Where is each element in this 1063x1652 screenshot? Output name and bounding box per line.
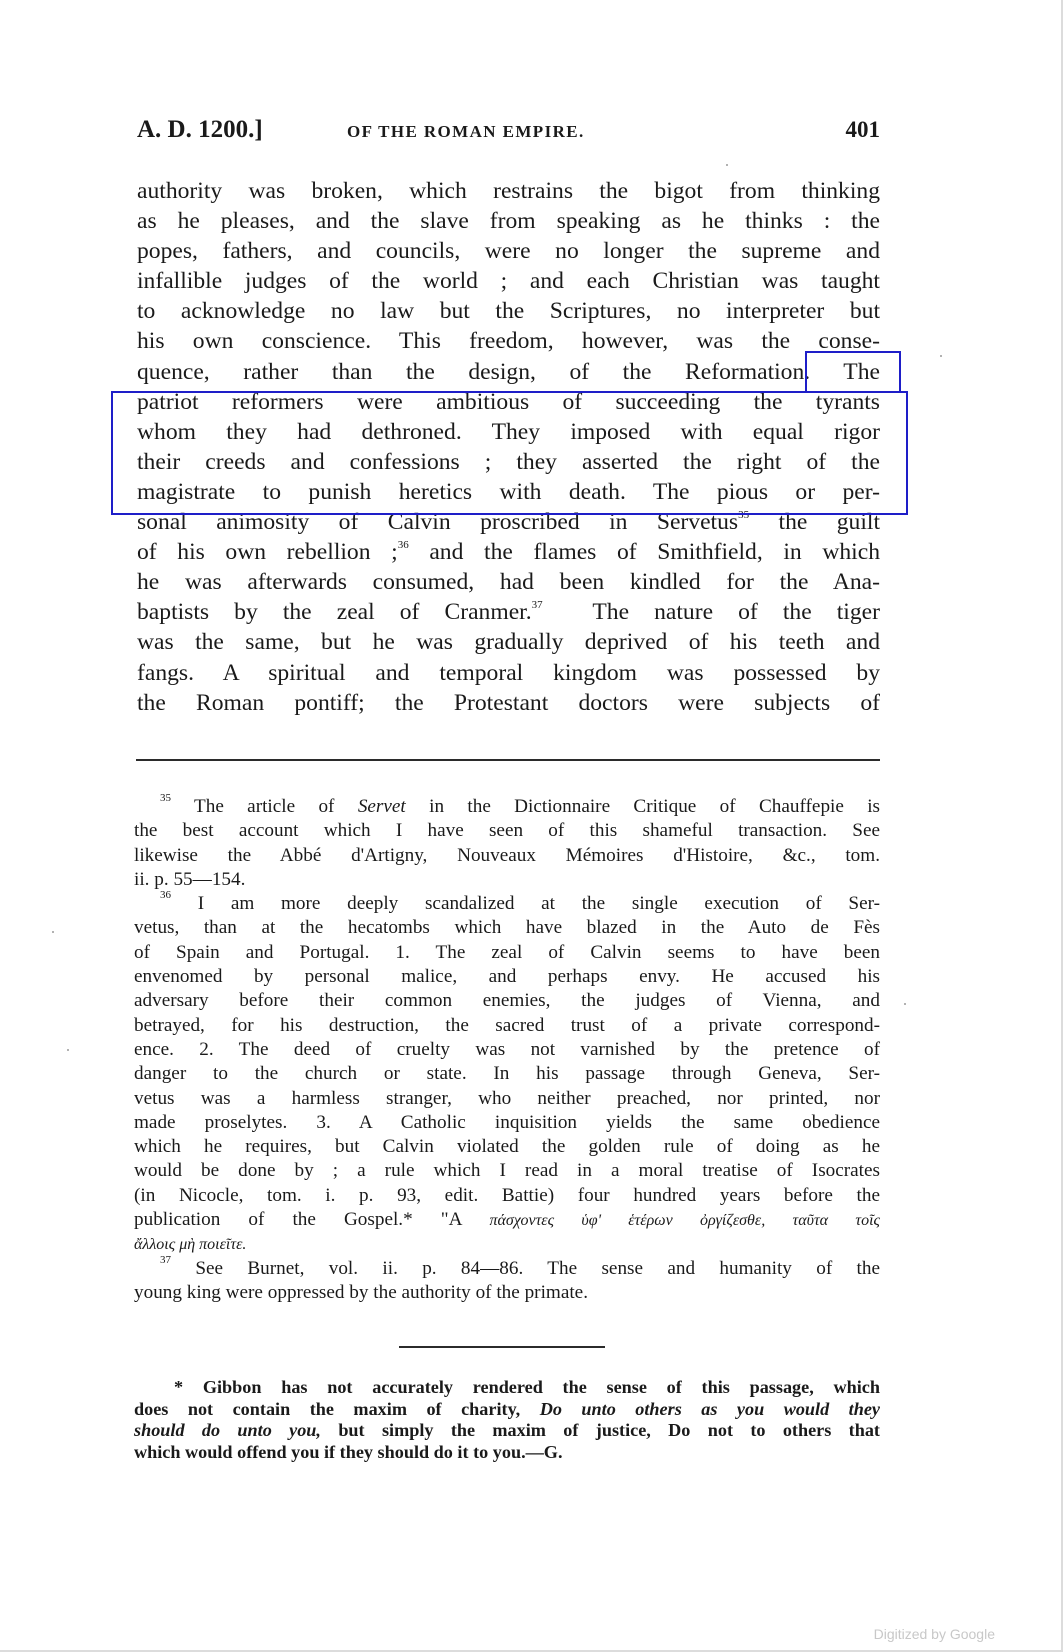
footnote-line: ii. p. 55—154. (134, 868, 880, 892)
running-head: A. D. 1200.] OF THE ROMAN EMPIRE. 401 (137, 116, 880, 152)
footnote-line: publication of the Gospel.* "A πάσχοντες… (134, 1208, 880, 1232)
footnote-line: likewise the Abbé d'Artigny, Nouveaux Mé… (134, 844, 880, 868)
text-line: quence, rather than the design, of the R… (137, 357, 880, 387)
page-number: 401 (800, 117, 880, 143)
text-line: popes, fathers, and councils, were no lo… (137, 236, 880, 266)
footnote-line: danger to the church or state. In his pa… (134, 1062, 880, 1086)
footnote-line: betrayed, for his destruction, the sacre… (134, 1014, 880, 1038)
footnote-ref-35[interactable]: 35 (738, 509, 749, 521)
footnote-37: 37 See Burnet, vol. ii. p. 84—86. The se… (134, 1257, 880, 1281)
editor-note-line: should do unto you, but simply the maxim… (134, 1420, 880, 1442)
footnotes: 35 The article of Servet in the Dictionn… (134, 795, 880, 1305)
scan-speck (52, 931, 54, 933)
footnote-line: adversary before their common enemies, t… (134, 989, 880, 1013)
text-line: fangs. A spiritual and temporal kingdom … (137, 658, 880, 688)
footnote-ref-37[interactable]: 37 (532, 599, 543, 611)
editor-note-line: * Gibbon has not accurately rendered the… (134, 1377, 880, 1399)
text-line: magistrate to punish heretics with death… (137, 477, 880, 507)
scanned-page: A. D. 1200.] OF THE ROMAN EMPIRE. 401 au… (0, 0, 1063, 1652)
scan-speck (940, 355, 942, 357)
text-line: he was afterwards consumed, had been kin… (137, 567, 880, 597)
text-line: was the same, but he was gradually depri… (137, 627, 880, 657)
scan-speck (67, 1049, 69, 1051)
scan-speck (726, 164, 728, 166)
editor-note-line: does not contain the maxim of charity, D… (134, 1399, 880, 1421)
footnote-line: made proselytes. 3. A Catholic inquisiti… (134, 1111, 880, 1135)
text-line: as he pleases, and the slave from speaki… (137, 206, 880, 236)
text-line: infallible judges of the world ; and eac… (137, 266, 880, 296)
greek-quote: ἄλλοις μὴ ποιεῖτε. (134, 1236, 246, 1253)
text-line: sonal animosity of Calvin proscribed in … (137, 507, 880, 537)
text-line: to acknowledge no law but the Scriptures… (137, 296, 880, 326)
running-head-date: A. D. 1200.] (137, 116, 347, 144)
text-line: of his own rebellion ;36 and the flames … (137, 537, 880, 567)
footnote-line: ence. 2. The deed of cruelty was not var… (134, 1038, 880, 1062)
running-head-title: OF THE ROMAN EMPIRE. (347, 122, 800, 142)
editor-note: * Gibbon has not accurately rendered the… (134, 1377, 880, 1463)
text-line: his own conscience. This freedom, howeve… (137, 326, 880, 356)
text-line: the Roman pontiff; the Protestant doctor… (137, 688, 880, 718)
text-line: baptists by the zeal of Cranmer.37 The n… (137, 597, 880, 627)
footnote-line: of Spain and Portugal. 1. The zeal of Ca… (134, 941, 880, 965)
footnote-line: envenomed by personal malice, and perhap… (134, 965, 880, 989)
footnote-35: 35 The article of Servet in the Dictionn… (134, 795, 880, 819)
footnote-line: would be done by ; a rule which I read i… (134, 1159, 880, 1183)
greek-quote: πάσχοντες ὑφ' ἑτέρων ὀργίζεσθε, ταῦτα το… (489, 1212, 880, 1229)
footnote-line: which he requires, but Calvin violated t… (134, 1135, 880, 1159)
text-line: authority was broken, which restrains th… (137, 176, 880, 206)
footnote-line: vetus, than at the hecatombs which have … (134, 916, 880, 940)
footnote-divider (136, 759, 880, 761)
footnote-line: vetus was a harmless stranger, who neith… (134, 1087, 880, 1111)
footnote-line: young king were oppressed by the authori… (134, 1281, 880, 1305)
text-line: patriot reformers were ambitious of succ… (137, 387, 880, 417)
text-line: their creeds and confessions ; they asse… (137, 447, 880, 477)
editor-note-line: which would offend you if they should do… (134, 1442, 880, 1464)
footnote-line: (in Nicocle, tom. i. p. 93, edit. Battie… (134, 1184, 880, 1208)
main-text: authority was broken, which restrains th… (137, 176, 880, 718)
footnote-36: 36 I am more deeply scandalized at the s… (134, 892, 880, 916)
footnote-ref-36[interactable]: 36 (398, 539, 409, 551)
text-line: whom they had dethroned. They imposed wi… (137, 417, 880, 447)
footnote-line: ἄλλοις μὴ ποιεῖτε. (134, 1232, 880, 1256)
scan-speck (904, 1003, 906, 1005)
footnote-line: the best account which I have seen of th… (134, 819, 880, 843)
editor-note-divider (399, 1346, 605, 1348)
digitized-by-google-watermark: Digitized by Google (874, 1626, 995, 1642)
